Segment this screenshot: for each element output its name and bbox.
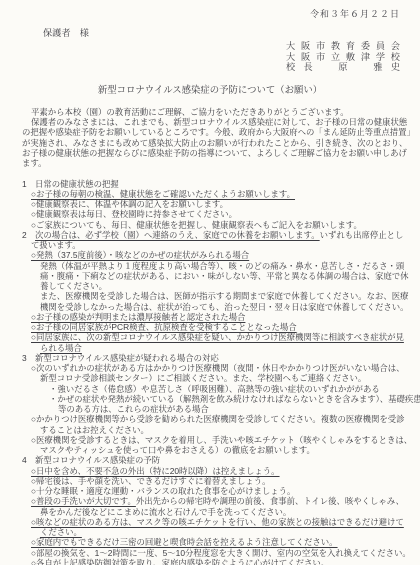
doc-line: ○部屋の換気を、1～2時間に一度、5～10分程度窓を大きく開け、室内の空気を入れ… [22, 548, 402, 558]
text-segment: 次の場合は、必ず学校（園）へ連絡のうえ、家庭での休養をお願いします。 [35, 230, 320, 240]
sender-block: 大阪市教育委員会大阪市立敷津学校校長 原 雅史 [0, 41, 400, 73]
sender-char: 原 [338, 62, 347, 73]
sender-char: 委 [361, 41, 370, 52]
doc-line: 新型コロナ受診相談センター）にご相談ください。また、学校園へもご連絡ください。 [22, 373, 402, 383]
text-segment: 平素から本校（園）の教育活動にご理解、ご協力をいただきありがとうございます。 [31, 107, 349, 117]
text-segment: ○かかりつけ医療機関等から受診を勧められた医療機関を受診してください。複数の医療… [31, 414, 405, 424]
doc-line: 機関を受診しなかった場合は、症状が治っても、治った翌日・翌々日は家庭で休養してく… [22, 302, 402, 312]
doc-line: ○発熱（37.5度前後）・咳などのかぜの症状がみられる場合 [22, 250, 402, 260]
text-segment: が実施され、みなさまにも改めて感染拡大防止のお願いが行われたことから、引き続き、… [22, 138, 407, 148]
text-segment: 4 新型コロナウイルス感染症の予防 [22, 455, 160, 465]
doc-line: マスクやティッシュを使って口や鼻をおさえる）の徹底をお願いします。 [22, 445, 402, 455]
doc-line: ・強いだるさ（倦怠感）や息苦しさ（呼吸困難）、高熱等の強い症状のいずれかががある [22, 384, 402, 394]
text-segment: いずれも出席停止とし [320, 230, 404, 240]
doc-line: ○各自が上記感染防御対策を取り、家庭内感染を防ぐように心がけてください。 [22, 558, 402, 565]
text-segment: ○お子様の毎朝の検温、健康状態をご確認いただくようお願いします。 [31, 189, 295, 199]
sender-char: 敷 [346, 52, 355, 63]
text-segment: また、医療機関を受診した場合は、医師が指示する期間まで家庭で休養してください。な… [40, 291, 409, 301]
text-segment: ください。 [40, 527, 82, 537]
doc-line: られる場合 [22, 343, 402, 353]
doc-line: が実施され、みなさまにも改めて感染拡大防止のお願いが行われたことから、引き続き、… [22, 138, 402, 148]
text-segment: ○十分な睡眠・適度な運動・バランスの取れた食事を心がけましょう。 [31, 486, 295, 496]
sender-char: 大 [286, 41, 295, 52]
text-segment: ○同居家族に、次の新型コロナウイルス感染症を疑い、かかりつけ医療機関等に相談すべ… [31, 332, 404, 342]
sender-char [356, 62, 365, 73]
page-title: 新型コロナウイルス感染症の予防について（お願い） [0, 82, 420, 96]
sender-char: 市 [316, 52, 325, 63]
text-segment: 等のある方は、これらの症状がある場合 [58, 404, 209, 414]
text-segment: ○家庭内でもできるだけ三密の回避と喫食時会話を控えるよう注意してください。 [31, 537, 338, 547]
doc-line: 3 新型コロナウイルス感染症が疑われる場合の対応 [22, 353, 402, 363]
doc-line: ○お子様の感染が判明または濃厚接触者と認定された場合 [22, 312, 402, 322]
text-segment: ○健康観察表に、体温や体調の記入をお願いします。 [31, 199, 228, 209]
sender-char: 雅 [373, 62, 382, 73]
doc-line: ・かぜの症状や発熱が続いている（解熱剤を飲み続けなければならないときを含みます）… [22, 394, 402, 404]
sender-char: 校 [286, 62, 295, 73]
doc-line: することはお控えください。 [22, 425, 402, 435]
text-segment: することはお控えください。 [40, 425, 149, 435]
sender-char: 阪 [301, 41, 310, 52]
doc-line: ○かかりつけ医療機関等から受診を勧められた医療機関を受診してください。複数の医療… [22, 414, 402, 424]
text-segment: ・強いだるさ（倦怠感）や息苦しさ（呼吸困難）、高熱等の強い症状のいずれかががある [49, 384, 380, 394]
sender-line: 校長 原 雅史 [286, 62, 400, 73]
doc-line: 発熱（体温が平熱より１度程度より高い場合等）、咳・のどの痛み・鼻水・息苦しさ・だ… [22, 261, 402, 271]
sender-line: 大阪市立敷津学校 [286, 52, 400, 63]
text-segment: ○お子様の同居家族がPCR検査、抗原検査を受検することとなった場合 [31, 322, 297, 332]
doc-line: て扱います。 [22, 240, 402, 250]
text-segment: 2 [22, 230, 35, 240]
document-body: 平素から本校（園）の教育活動にご理解、ご協力をいただきありがとうございます。保護… [22, 107, 402, 565]
sender-char: 育 [346, 41, 355, 52]
sender-char: 市 [316, 41, 325, 52]
doc-line: 2 次の場合は、必ず学校（園）へ連絡のうえ、家庭での休養をお願いします。いずれも… [22, 230, 402, 240]
text-segment: ○部屋の換気を、1～2時間に一度、5～10分程度窓を大きく開け、室内の空気を入れ… [31, 548, 411, 558]
sender-char: 大 [286, 52, 295, 63]
text-segment: 3 新型コロナウイルス感染症が疑われる場合の対応 [22, 353, 219, 363]
letter-date: 令和３年６月２２日 [0, 7, 420, 20]
sender-char [321, 62, 330, 73]
text-segment: ・かぜの症状や発熱が続いている（解熱剤を飲み続けなければならないときを含みます）… [49, 394, 420, 404]
doc-line: お子様の健康状態の把握ならびに感染症予防の指導について、よろしくご理解ご協力をお… [22, 148, 402, 158]
doc-line: ます。 [22, 158, 402, 168]
doc-line: 養してください。 [22, 281, 402, 291]
text-segment: ○ご家族についても、毎日、健康状態を把握し、健康観察表へもご記入をお願いします。 [31, 220, 362, 230]
doc-line: ○十分な睡眠・適度な運動・バランスの取れた食事を心がけましょう。 [22, 486, 402, 496]
text-segment: 機関を受診しなかった場合は、症状が治っても、治った翌日・翌々日は家庭で休養してく… [40, 302, 409, 312]
text-segment: ○咳などの症状のある方は、マスク等の咳エチケットを行い、他の家族との接触はできる… [31, 517, 404, 527]
letter-page: 令和３年６月２２日 保護者 様 大阪市教育委員会大阪市立敷津学校校長 原 雅史 … [0, 0, 420, 565]
sender-char: 立 [331, 52, 340, 63]
text-segment: の把握や感染症予防をお願いしているところです。今般、政府から大阪府への「まん延防… [22, 127, 415, 137]
sender-char: 校 [391, 52, 400, 63]
text-segment: 発熱（体温が平熱より１度程度より高い場合等）、咳・のどの痛み・鼻水・息苦しさ・だ… [40, 261, 404, 271]
doc-line: ○お子様の毎朝の検温、健康状態をご確認いただくようお願いします。 [22, 189, 402, 199]
doc-line: ○帰宅後は、手や顔を洗い、できるだけすぐに着替えましょう。 [22, 476, 402, 486]
sender-char: 教 [331, 41, 340, 52]
doc-line: 4 新型コロナウイルス感染症の予防 [22, 455, 402, 465]
text-segment: ○普段の手洗いが大切です。 [31, 496, 136, 506]
text-segment: 痛・腹痛・下痢などの症状がある、におい・味がしない等、平常と異なる体調の場合は、… [40, 271, 409, 281]
doc-line: 1 日常の健康状態の把握 [22, 179, 402, 189]
text-segment: ○各自が上記感染防御対策を取り、家庭内感染を防ぐように心がけてください。 [31, 558, 329, 565]
text-segment: 保護者のみなさまには、これまでも、新型コロナウイルス感染症に対して、お子様の日常… [31, 117, 407, 127]
sender-char: 会 [391, 41, 400, 52]
text-segment: 1 日常の健康状態の把握 [22, 179, 119, 189]
doc-line: ください。 [22, 527, 402, 537]
doc-line: ○医療機関を受診するときは、マスクを着用し、手洗いや咳エチケット（咳やくしゃみを… [22, 435, 402, 445]
doc-line: ○日中を含め、不要不急の外出（特に20時以降）は控えましょう。 [22, 466, 402, 476]
text-segment: ○医療機関を受診するときは、マスクを着用し、手洗いや咳エチケット（咳やくしゃみを… [31, 435, 412, 445]
text-segment: て扱います。 [31, 240, 81, 250]
doc-line: 等のある方は、これらの症状がある場合 [22, 404, 402, 414]
sender-char: 員 [376, 41, 385, 52]
recipient-line: 保護者 様 [43, 25, 420, 39]
doc-line: ○健康観察表に、体温や体調の記入をお願いします。 [22, 199, 402, 209]
doc-line: また、医療機関を受診した場合は、医師が指示する期間まで家庭で休養してください。な… [22, 291, 402, 301]
sender-char: 阪 [301, 52, 310, 63]
doc-line: 痛・腹痛・下痢などの症状がある、におい・味がしない等、平常と異なる体調の場合は、… [22, 271, 402, 281]
text-segment: 養してください。 [40, 281, 107, 291]
doc-line: ○お子様の同居家族がPCR検査、抗原検査を受検することとなった場合 [22, 322, 402, 332]
text-segment: ○日中を含め、不要不急の外出（特に20時以降）は控えましょう。 [31, 466, 280, 476]
doc-line: 保護者のみなさまには、これまでも、新型コロナウイルス感染症に対して、お子様の日常… [22, 117, 402, 127]
text-segment: 新型コロナ受診相談センター）にご相談ください。また、学校園へもご連絡ください。 [40, 373, 366, 383]
sender-char: 学 [376, 52, 385, 63]
text-segment: ○お子様の感染が判明または濃厚接触者と認定された場合 [31, 312, 245, 322]
sender-char: 津 [361, 52, 370, 63]
sender-line: 大阪市教育委員会 [286, 41, 400, 52]
text-segment: ○発熱（37.5度前後）・咳などのかぜの症状がみられる場合 [31, 250, 249, 260]
text-segment: ○次のいずれかの症状がある方はかかりつけ医療機関（夜間・休日やかかりつけ医がいな… [31, 363, 405, 373]
text-segment: 鼻をかんだ後などにこまめに流水と石けんで手を洗ってください。 [40, 507, 291, 517]
doc-line: ○家庭内でもできるだけ三密の回避と喫食時会話を控えるよう注意してください。 [22, 537, 402, 547]
sender-char: 史 [391, 62, 400, 73]
doc-line: ○ご家族についても、毎日、健康状態を把握し、健康観察表へもご記入をお願いします。 [22, 220, 402, 230]
text-segment: お子様の健康状態の把握ならびに感染症予防の指導について、よろしくご理解ご協力をお… [22, 148, 407, 158]
blank-line [22, 168, 402, 178]
doc-line: 平素から本校（園）の教育活動にご理解、ご協力をいただきありがとうございます。 [22, 107, 402, 117]
text-segment: ○帰宅後は、手や顔を洗い、できるだけすぐに着替えましょう。 [31, 476, 271, 486]
sender-char: 長 [303, 62, 312, 73]
doc-line: ○咳などの症状のある方は、マスク等の咳エチケットを行い、他の家族との接触はできる… [22, 517, 402, 527]
doc-line: ○同居家族に、次の新型コロナウイルス感染症を疑い、かかりつけ医療機関等に相談すべ… [22, 332, 402, 342]
doc-line: ○次のいずれかの症状がある方はかかりつけ医療機関（夜間・休日やかかりつけ医がいな… [22, 363, 402, 373]
text-segment: マスクやティッシュを使って口や鼻をおさえる）の徹底をお願いします。 [40, 445, 315, 455]
text-segment: ○健康観察表は毎日、登校園時に持参させてください。 [31, 209, 237, 219]
text-segment: ます。 [22, 158, 46, 168]
doc-line: ○普段の手洗いが大切です。外出先からの帰宅時や調理の前後、食事前、トイレ後、咳や… [22, 496, 402, 506]
text-segment: 外出先からの帰宅時や調理の前後、食事前、トイレ後、咳やくしゃみ、 [136, 496, 404, 506]
doc-line: の把握や感染症予防をお願いしているところです。今般、政府から大阪府への「まん延防… [22, 127, 402, 137]
text-segment: られる場合 [40, 343, 82, 353]
doc-line: 鼻をかんだ後などにこまめに流水と石けんで手を洗ってください。 [22, 507, 402, 517]
doc-line: ○健康観察表は毎日、登校園時に持参させてください。 [22, 209, 402, 219]
